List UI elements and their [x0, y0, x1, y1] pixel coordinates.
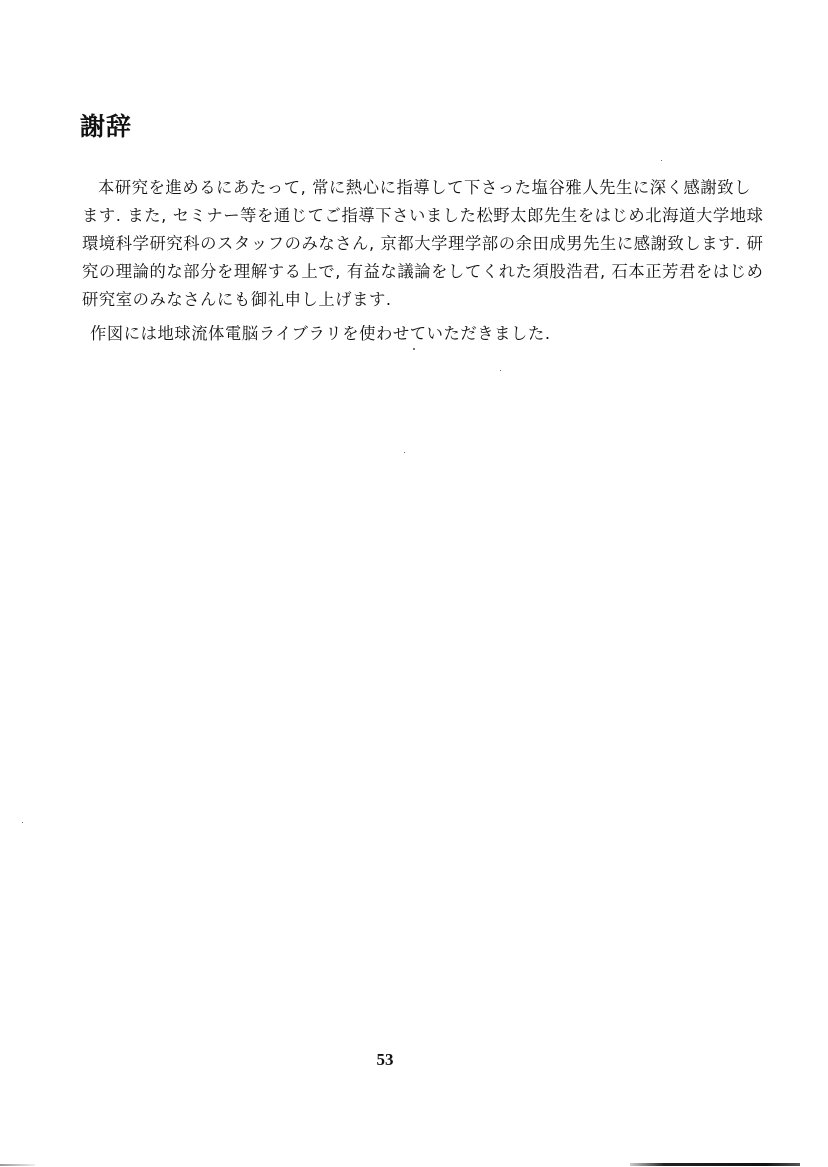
scan-speck — [661, 160, 662, 161]
acknowledgment-paragraph: 本研究を進めるにあたって, 常に熱心に指導して下さった塩谷雅人先生に深く感謝致し… — [82, 174, 772, 314]
scan-speck — [22, 822, 23, 823]
page-number: 53 — [0, 1050, 770, 1070]
scan-edge-artifact — [0, 1163, 828, 1167]
paragraph-line: ます. また, セミナー等を通じてご指導下さいました松野太郎先生をはじめ北海道大… — [82, 202, 772, 230]
paragraph-line: 究の理論的な部分を理解する上で, 有益な議論をしてくれた須股浩君, 石本正芳君を… — [82, 258, 772, 286]
scan-edge-left — [0, 1164, 35, 1166]
tools-paragraph: 作図には地球流体電脳ライブラリを使わせていただきました. — [82, 320, 772, 348]
scan-edge-right — [630, 1163, 800, 1166]
document-page: 謝辞 本研究を進めるにあたって, 常に熱心に指導して下さった塩谷雅人先生に深く感… — [0, 0, 828, 1167]
paragraph-line: 本研究を進めるにあたって, 常に熱心に指導して下さった塩谷雅人先生に深く感謝致し — [82, 174, 772, 202]
scan-speck — [404, 452, 405, 453]
paragraph-line: 研究室のみなさんにも御礼申し上げます. — [82, 286, 772, 314]
scan-speck — [413, 348, 415, 350]
scan-speck — [500, 370, 501, 371]
paragraph-line: 作図には地球流体電脳ライブラリを使わせていただきました. — [82, 320, 772, 348]
section-title: 謝辞 — [80, 112, 132, 142]
paragraph-line: 環境科学研究科のスタッフのみなさん, 京都大学理学部の余田成男先生に感謝致します… — [82, 230, 772, 258]
